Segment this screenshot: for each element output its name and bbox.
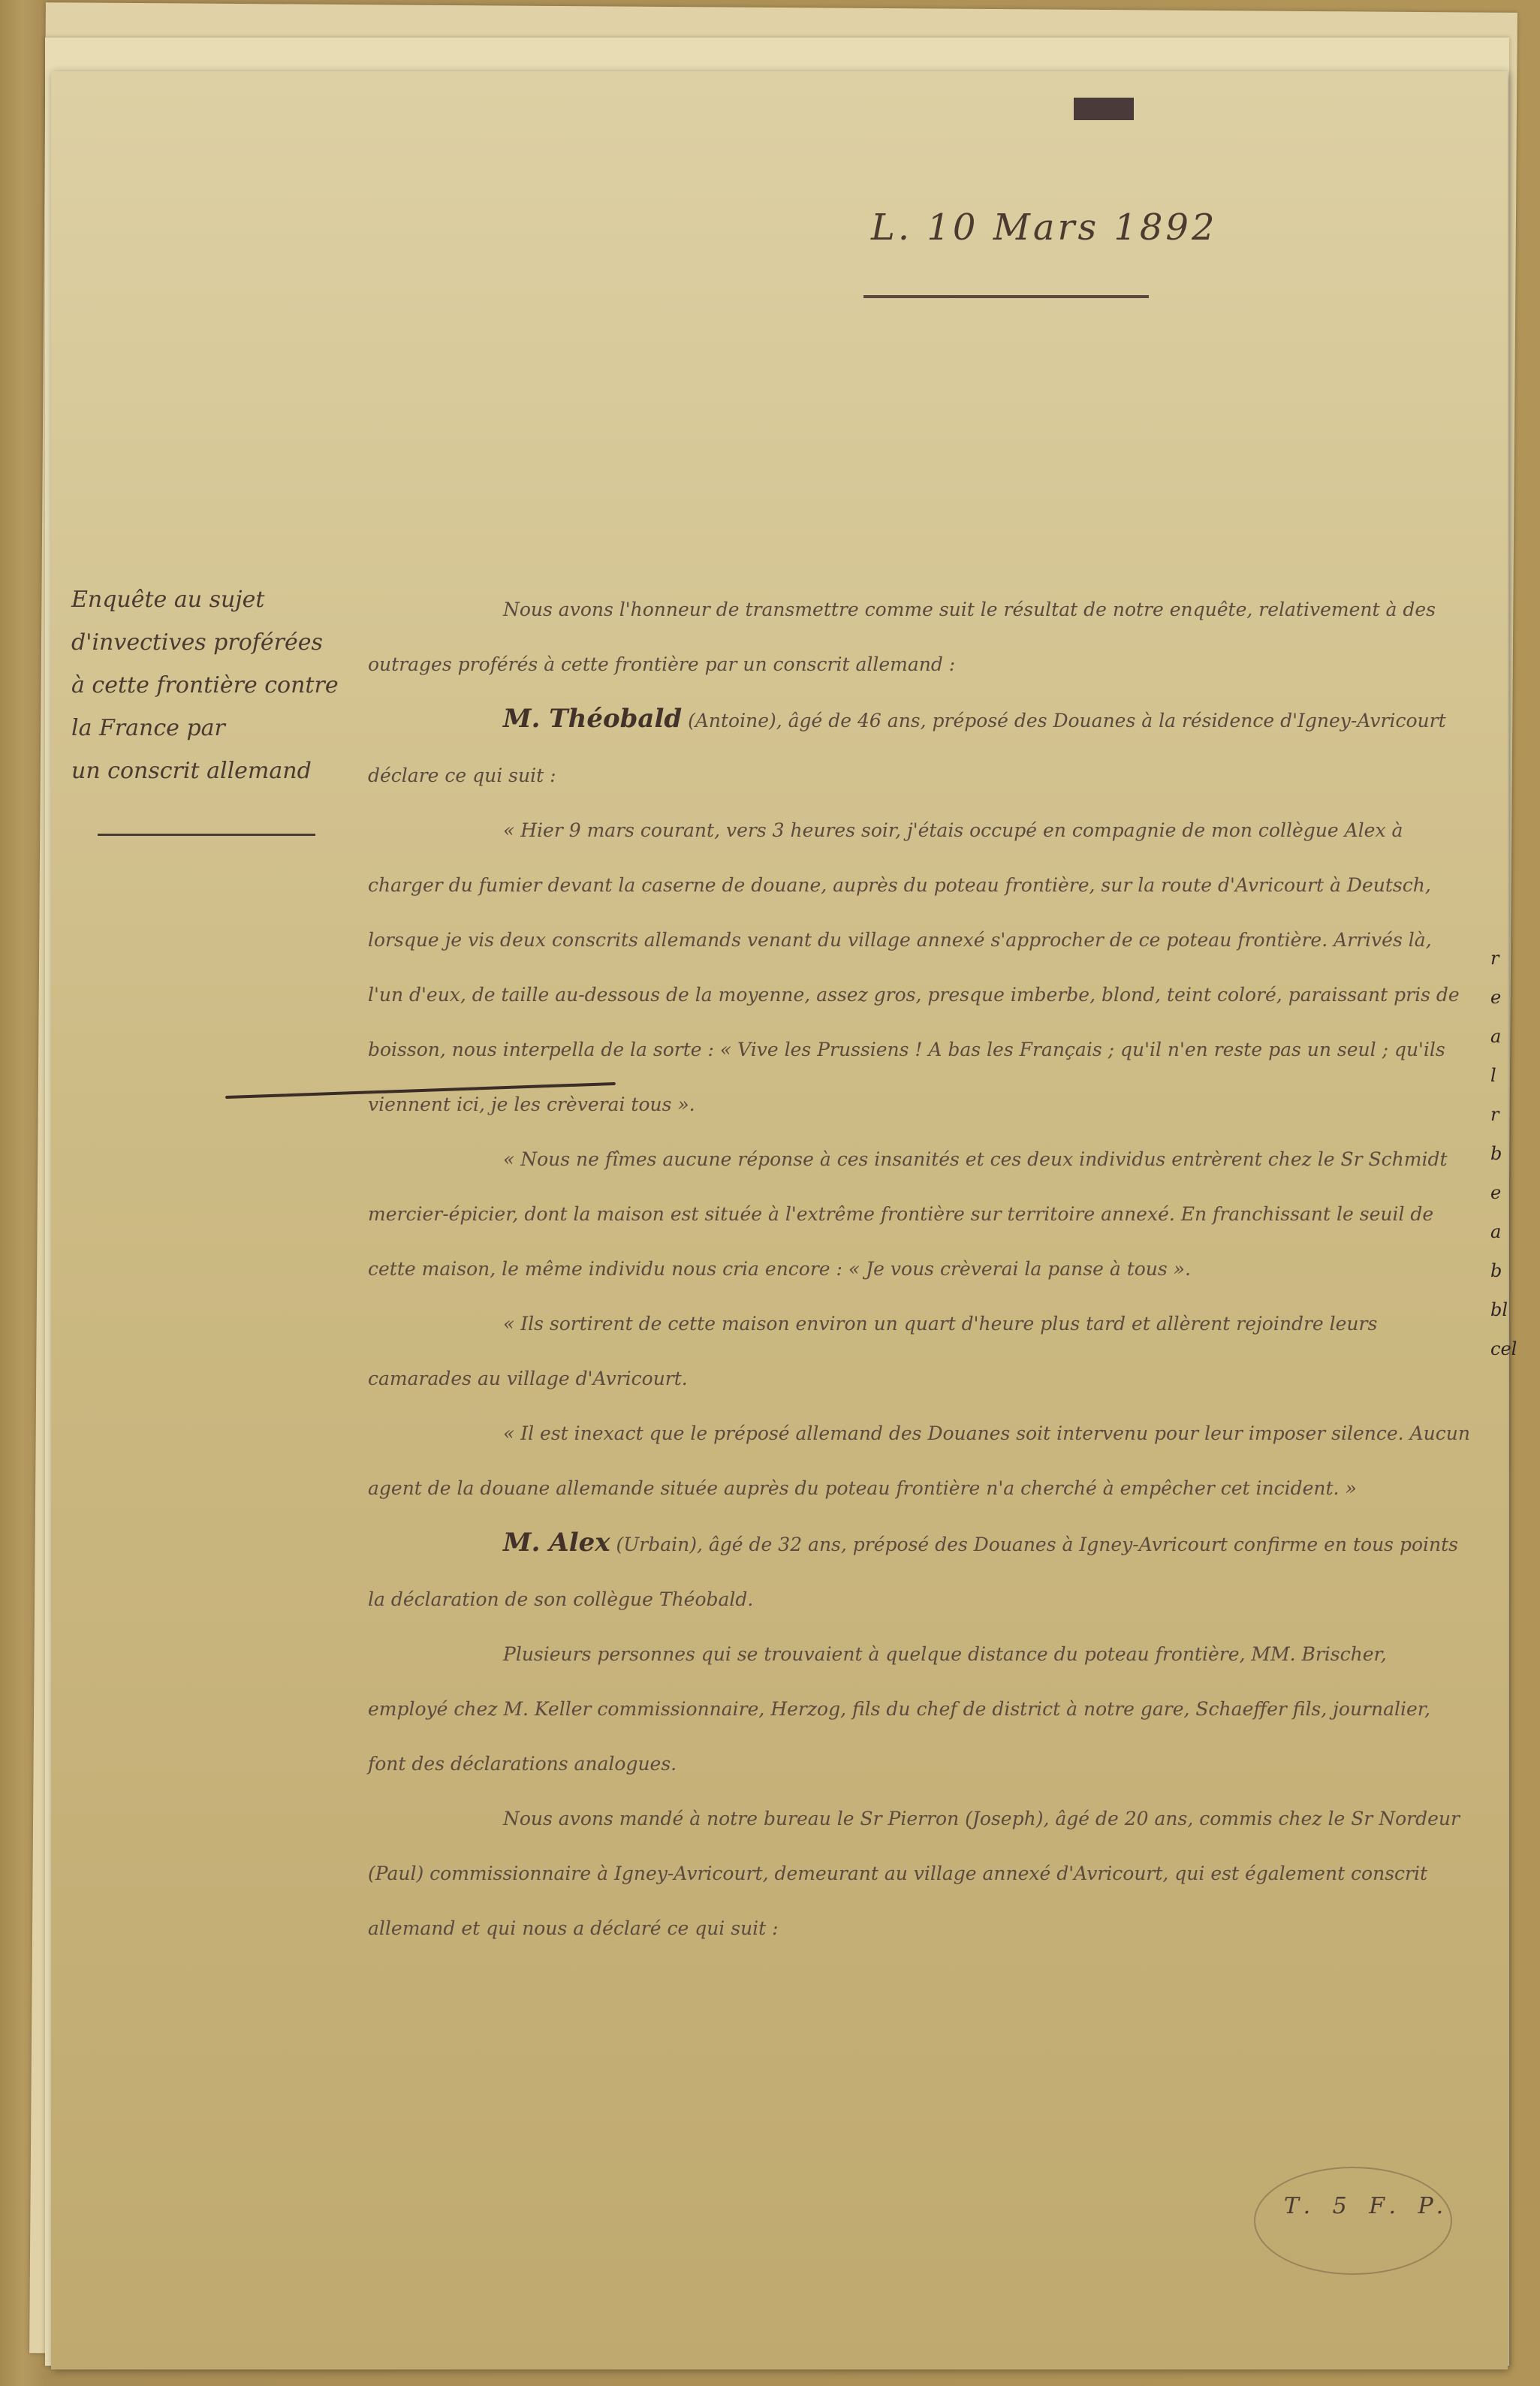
archive-stamp-circle	[1254, 2167, 1452, 2275]
underlying-page-edge-text: r e a l r b e a b bl cel	[1490, 939, 1535, 1368]
edge-mark: a	[1490, 1212, 1535, 1251]
paper-clip	[1074, 98, 1134, 120]
paragraph: « Il est inexact que le préposé allemand…	[368, 1406, 1472, 1516]
paragraph: « Ils sortirent de cette maison environ …	[368, 1296, 1472, 1406]
margin-note-line: d'invectives proférées	[71, 621, 342, 664]
paragraph: M. Théobald (Antoine), âgé de 46 ans, pr…	[368, 692, 1472, 803]
edge-mark: bl	[1490, 1290, 1535, 1329]
margin-note: Enquête au sujet d'invectives proférées …	[71, 578, 342, 792]
margin-note-line: la France par	[71, 707, 342, 750]
edge-mark: a	[1490, 1017, 1535, 1056]
edge-mark: r	[1490, 1095, 1535, 1134]
paragraph: « Nous ne fîmes aucune réponse à ces ins…	[368, 1132, 1472, 1296]
margin-note-line: Enquête au sujet	[71, 578, 342, 621]
letter-body: Nous avons l'honneur de transmettre comm…	[368, 582, 1472, 1956]
paragraph: Plusieurs personnes qui se trouvaient à …	[368, 1627, 1472, 1791]
edge-mark: b	[1490, 1251, 1535, 1290]
paragraph: Nous avons mandé à notre bureau le Sr Pi…	[368, 1791, 1472, 1956]
edge-mark: l	[1490, 1056, 1535, 1095]
archive-stamp-text: T. 5 F. P.	[1284, 2193, 1451, 2219]
edge-mark: b	[1490, 1134, 1535, 1173]
date-underline	[863, 295, 1149, 298]
edge-mark: e	[1490, 978, 1535, 1017]
edge-mark: cel	[1490, 1329, 1535, 1368]
margin-note-line: à cette frontière contre	[71, 664, 342, 707]
paragraph: M. Alex (Urbain), âgé de 32 ans, préposé…	[368, 1516, 1472, 1627]
margin-note-underline	[98, 834, 315, 836]
edge-mark: e	[1490, 1173, 1535, 1212]
document-date: L. 10 Mars 1892	[871, 207, 1217, 249]
paragraph: « Hier 9 mars courant, vers 3 heures soi…	[368, 803, 1472, 1132]
witness-name: M. Théobald	[503, 704, 682, 734]
paragraph: Nous avons l'honneur de transmettre comm…	[368, 582, 1472, 692]
margin-note-line: un conscrit allemand	[71, 750, 342, 792]
edge-mark: r	[1490, 939, 1535, 978]
witness-name: M. Alex	[503, 1528, 610, 1558]
